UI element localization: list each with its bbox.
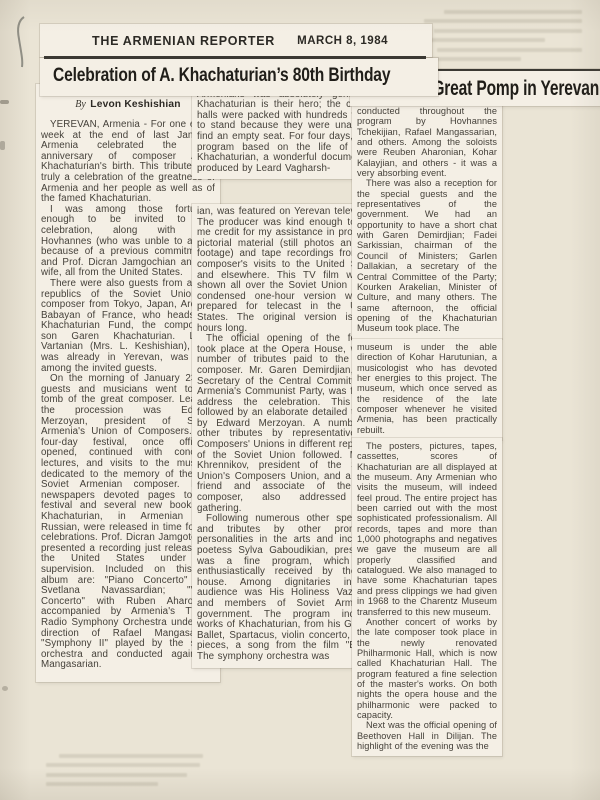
paragraph: On the morning of January 23, all guests… xyxy=(41,374,215,671)
column-3-upper: conducted throughout the program by Hovh… xyxy=(352,103,502,339)
issue-date: MARCH 8, 1984 xyxy=(297,35,388,47)
paragraph: Next was the official opening of Beethov… xyxy=(357,720,497,751)
masthead-rule xyxy=(44,56,426,59)
scan-smudge xyxy=(0,100,9,104)
article-headline: Celebration of A. Khachaturian’s 80th Bi… xyxy=(53,64,361,87)
column-3-lower-body: The posters, pictures, tapes, cassettes,… xyxy=(352,438,502,756)
paragraph: Another concert of works by the late com… xyxy=(357,617,497,720)
newspaper-name: THE ARMENIAN REPORTER xyxy=(92,34,275,48)
paragraph: There were also guests from all the repu… xyxy=(41,279,215,374)
scan-smudge xyxy=(0,141,5,150)
headline-strip: Celebration of A. Khachaturian’s 80th Bi… xyxy=(40,58,438,96)
paragraph: The posters, pictures, tapes, cassettes,… xyxy=(357,441,497,617)
column-3-upper-body: conducted throughout the program by Hovh… xyxy=(352,103,502,339)
newspaper-scan-page: THE ARMENIAN REPORTER MARCH 8, 1984 Cele… xyxy=(0,0,600,800)
column-3-middle-body: museum is under the able direction of Ko… xyxy=(352,339,502,440)
column-3-lower: The posters, pictures, tapes, cassettes,… xyxy=(352,438,502,756)
paragraph: museum is under the able direction of Ko… xyxy=(357,342,497,435)
staple-mark xyxy=(14,14,30,70)
column-3-middle: museum is under the able direction of Ko… xyxy=(352,339,502,440)
paragraph: I was among those fortunate enough to be… xyxy=(41,205,215,279)
paragraph: conducted throughout the program by Hovh… xyxy=(357,106,497,178)
byline-prefix: By xyxy=(75,99,86,110)
paragraph: YEREVAN, Armenia - For one entire week a… xyxy=(41,120,215,205)
bleed-through-text xyxy=(46,748,206,794)
masthead: THE ARMENIAN REPORTER MARCH 8, 1984 xyxy=(40,24,432,57)
bleed-through-text xyxy=(424,4,592,74)
byline-author: Levon Keshishian xyxy=(90,99,180,110)
scan-smudge xyxy=(2,686,8,691)
paragraph: There was also a reception for the speci… xyxy=(357,178,497,333)
